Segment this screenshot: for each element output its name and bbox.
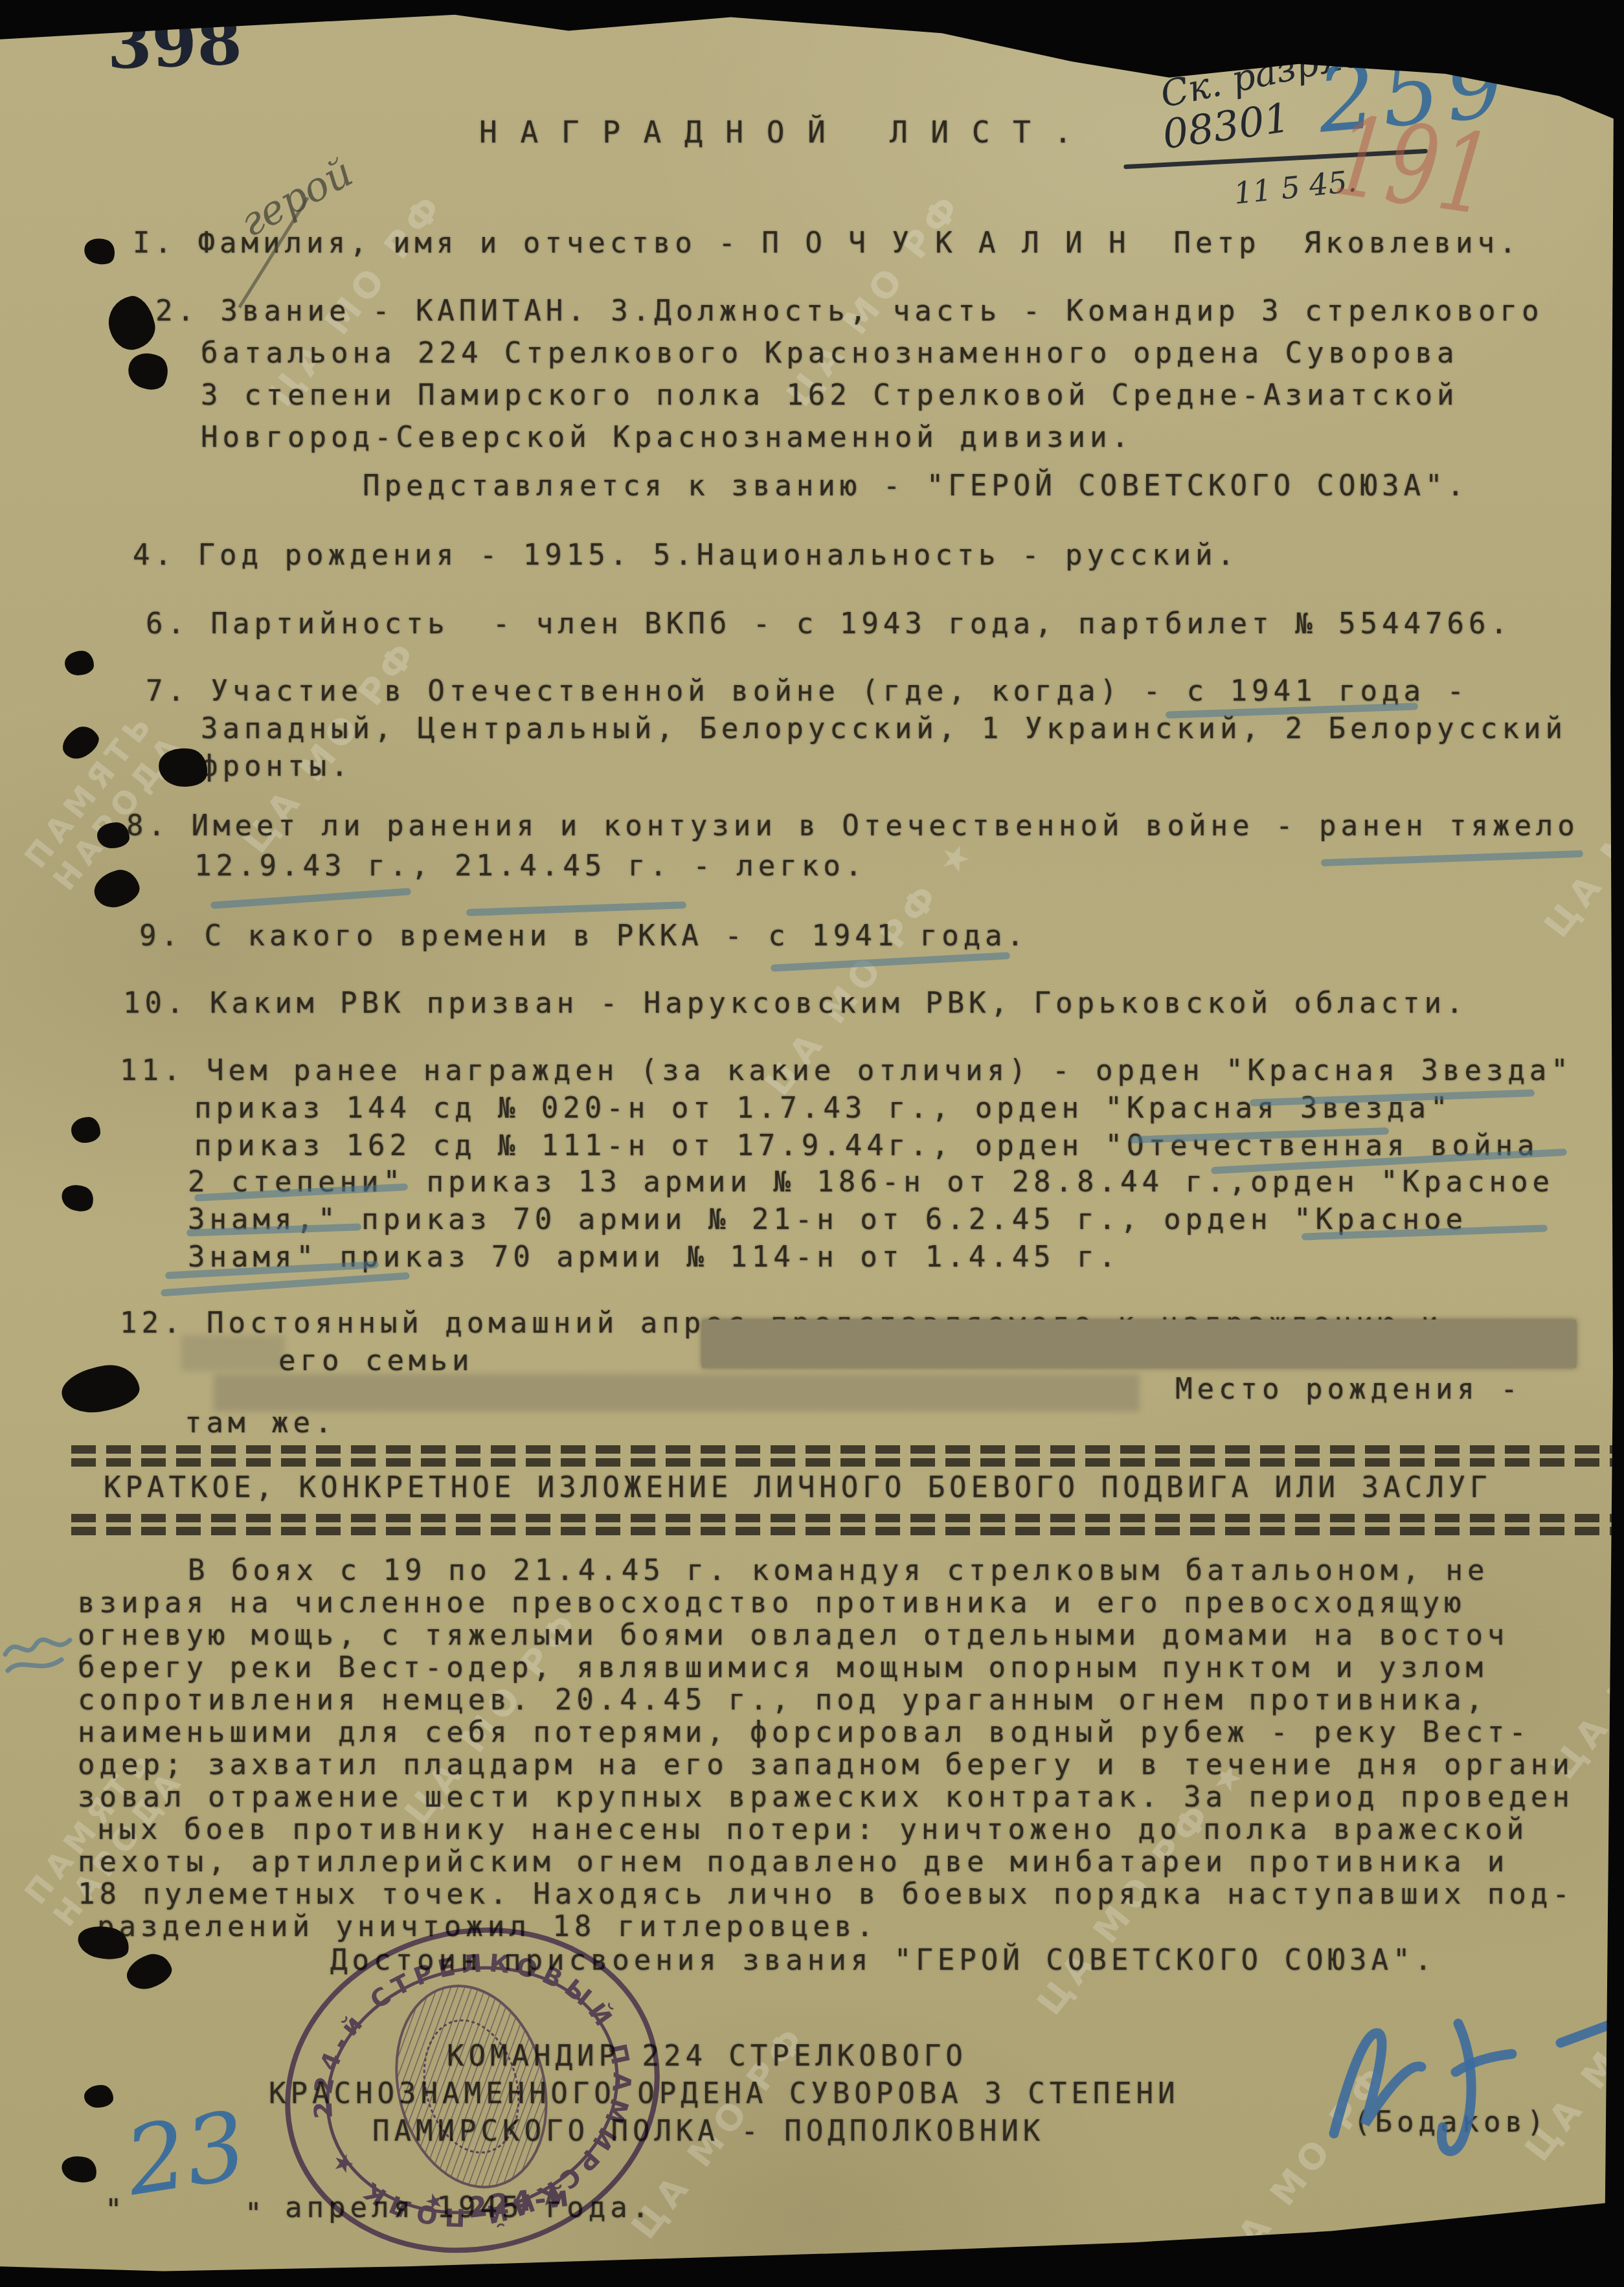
- ink-blot: [97, 822, 130, 848]
- feat-line: ных боев противнику нанесены потери: уни…: [97, 1813, 1528, 1847]
- award-sheet-document: ЦА МО РФ ЦА МО РФ ЦА МО РФ ЦА МО РФ ★ ЦА…: [0, 0, 1624, 2287]
- ink-blot: [59, 1361, 142, 1417]
- field-rkka-since: 9. С какого времени в РККА - с 1941 года…: [139, 919, 1028, 953]
- redaction-bar: [702, 1320, 1576, 1368]
- feat-line: наименьшими для себя потерями, форсирова…: [78, 1716, 1531, 1750]
- feat-line: берегу реки Вест-одер, являвшимися мощны…: [78, 1651, 1487, 1685]
- field-rank-position-line2: батальона 224 Стрелкового Краснознаменно…: [201, 337, 1458, 370]
- field-war-participation-line1: 7. Участие в Отечественной войне (где, к…: [146, 675, 1469, 708]
- field-birthplace: Место рождения -: [1175, 1373, 1522, 1406]
- field-wounds-line1: 8. Имеет ли ранения и контузии в Отечест…: [126, 809, 1579, 843]
- date-open-quote: ": [105, 2194, 127, 2227]
- field-prior-awards-line2: приказ 144 сд № 020-н от 1.7.43 г., орде…: [194, 1092, 1452, 1125]
- field-birthplace-same: там же.: [185, 1406, 336, 1440]
- ink-blot: [71, 1117, 100, 1143]
- signature-ink: [1289, 1994, 1624, 2163]
- ink-blot: [59, 2152, 100, 2187]
- ink-blot: [122, 1949, 175, 1994]
- field-prior-awards-line5: Знамя," приказ 70 армии № 21-н от 6.2.45…: [188, 1203, 1467, 1237]
- separator-dashes: [71, 1527, 1619, 1535]
- pencil-underline: [210, 888, 411, 909]
- pencil-underline: [1321, 850, 1583, 866]
- ink-blot: [122, 346, 174, 396]
- separator-dashes: [71, 1445, 1619, 1454]
- handwritten-date-day: 23: [118, 2091, 254, 2218]
- field-drafted-by: 10. Каким РВК призван - Наруксовским РВК…: [123, 987, 1467, 1020]
- scan-edge-right: [1599, 0, 1624, 2287]
- ink-blot: [81, 234, 118, 269]
- ink-blot: [104, 293, 159, 354]
- field-rank-position-line3: 3 степени Памирского полка 162 Стрелково…: [201, 379, 1458, 412]
- field-prior-awards-line4: 2 степени" приказ 13 армии № 186-н от 28…: [188, 1166, 1554, 1199]
- summary-section-header: КРАТКОЕ, КОНКРЕТНОЕ ИЗЛОЖЕНИЕ ЛИЧНОГО БО…: [104, 1471, 1491, 1505]
- handwritten-folio-number-red: 191: [1327, 92, 1500, 241]
- field-wounds-line2: 12.9.43 г., 21.4.45 г. - легко.: [194, 850, 866, 883]
- field-war-participation-line3: фронты.: [201, 750, 352, 783]
- ink-blot: [84, 2085, 113, 2108]
- pencil-underline: [466, 901, 686, 916]
- feat-line: огневую мощь, с тяжелыми боями овладел о…: [78, 1619, 1509, 1652]
- scan-edge-bottom: [0, 2194, 1624, 2287]
- date-close-quote: ": [245, 2198, 267, 2231]
- field-prior-awards-line1: 11. Чем ранее награжден (за какие отличи…: [120, 1054, 1573, 1088]
- ink-blot: [65, 651, 94, 675]
- field-rank-position-line1: 2. Звание - КАПИТАН. 3.Должность, часть …: [155, 295, 1543, 328]
- field-birth-nationality: 4. Год рождения - 1915. 5.Национальность…: [133, 539, 1239, 572]
- ink-blot: [90, 866, 143, 912]
- document-title: Н А Г Р А Д Н О Й Л И С Т .: [479, 115, 1074, 149]
- nominated-for-line: Представляется к званию - "ГЕРОЙ СОВЕТСК…: [363, 469, 1469, 503]
- margin-scribble: [0, 1616, 78, 1687]
- field-name: I. Фамилия, имя и отчество - П О Ч У К А…: [133, 227, 1520, 260]
- watermark-pamyat-naroda: ПАМЯТЬ НАРОДА: [17, 703, 192, 897]
- feat-line: зовал отражение шести крупных вражеских …: [78, 1781, 1574, 1814]
- erased-text-smudge: [214, 1374, 1140, 1412]
- regiment-round-stamp: 224-й СТРЕЛКОВЫЙ ПАМИРСКИЙ ПОЛК ★ ★ 224-…: [269, 1923, 677, 2266]
- field-rank-position-line4: Новгород-Северской Краснознаменной дивиз…: [201, 421, 1133, 455]
- ink-blot: [58, 1180, 98, 1216]
- erased-text-smudge: [181, 1335, 285, 1371]
- field-war-participation-line2: Западный, Центральный, Белорусский, 1 Ук…: [201, 712, 1567, 746]
- feat-line: одер; захватил плацдарм на его западном …: [78, 1748, 1574, 1782]
- feat-line: 18 пулеметных точек. Находясь лично в бо…: [78, 1878, 1574, 1911]
- separator-dashes: [71, 1458, 1619, 1467]
- feat-line: сопротивления немцев. 20.4.45 г., под ур…: [78, 1684, 1487, 1717]
- field-home-address-line2: его семьи: [278, 1344, 473, 1378]
- field-party: 6. Партийность - член ВКПб - с 1943 года…: [146, 607, 1512, 641]
- feat-line: взирая на численное превосходство против…: [78, 1586, 1465, 1620]
- feat-line: пехоты, артиллерийским огнем подавлено д…: [78, 1845, 1509, 1879]
- separator-dashes: [71, 1514, 1619, 1522]
- feat-line: В боях с 19 по 21.4.45 г. командуя стрел…: [188, 1554, 1489, 1588]
